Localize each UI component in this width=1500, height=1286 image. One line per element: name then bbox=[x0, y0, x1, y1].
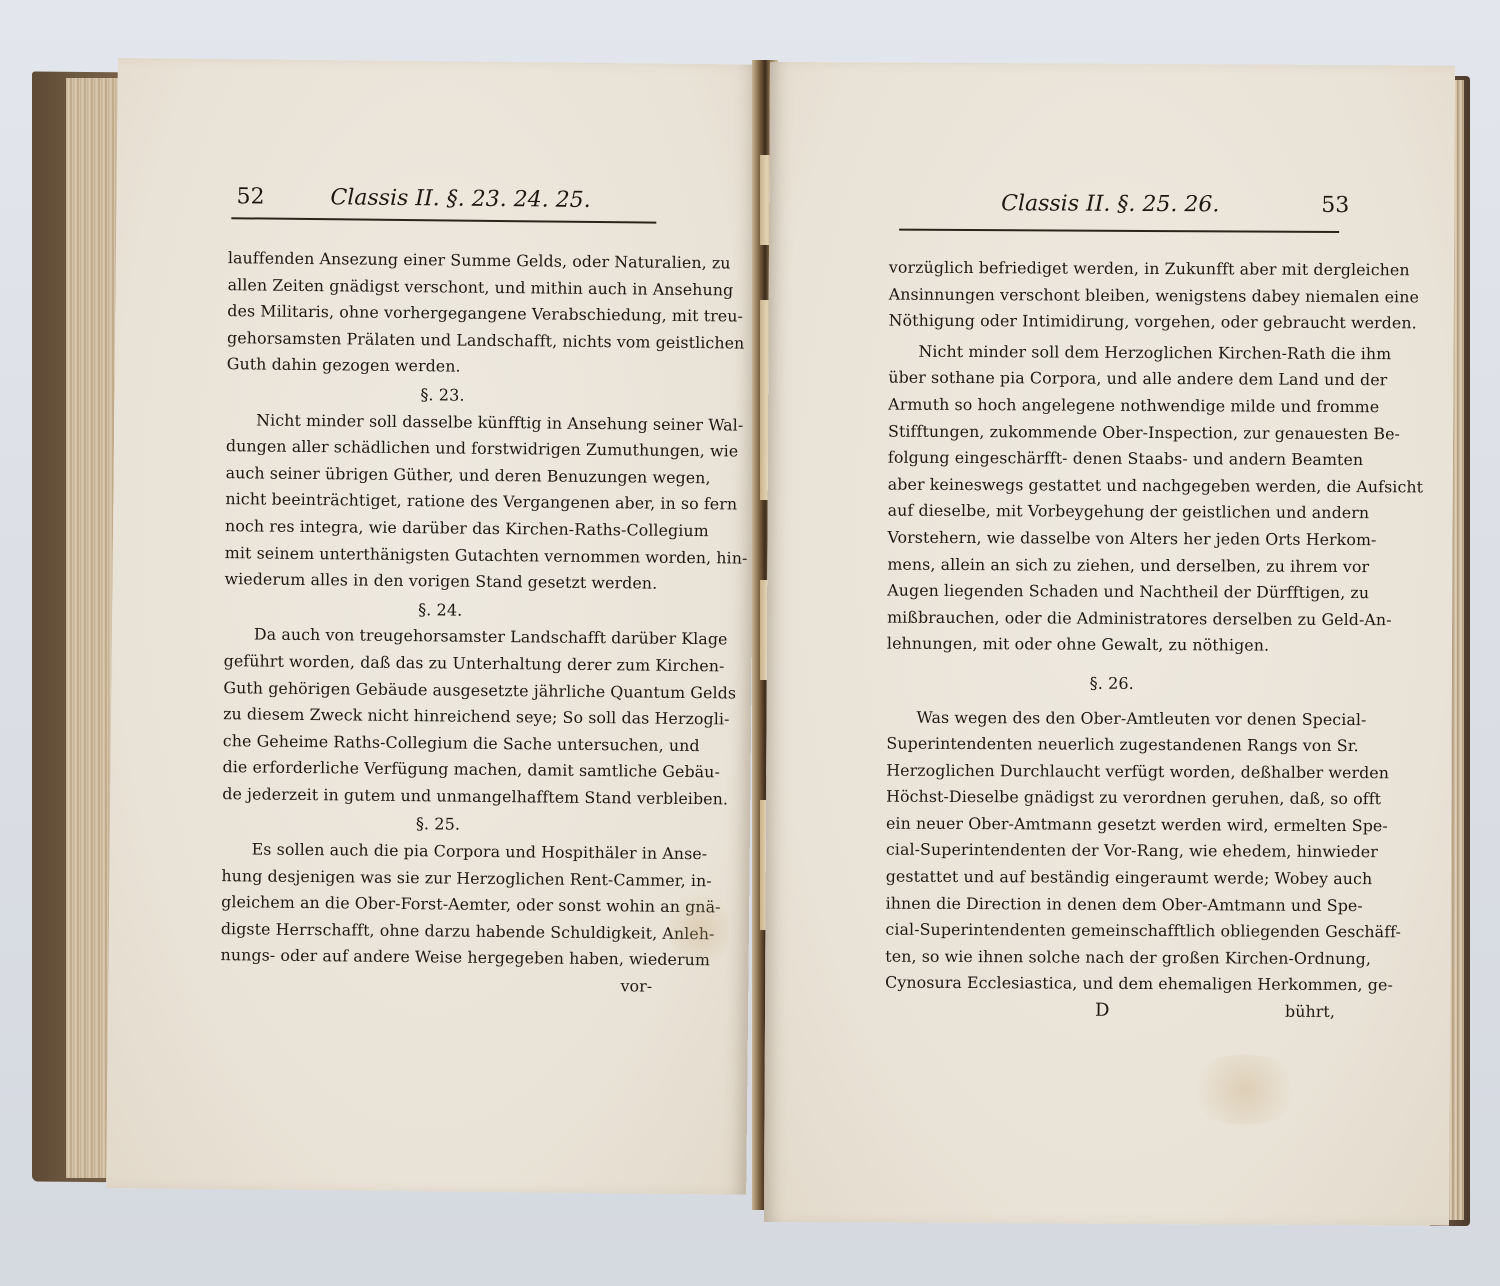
page-number: 52 bbox=[236, 184, 264, 209]
left-page: 52 Classis II. §. 23. 24. 25. lauffenden… bbox=[106, 58, 758, 1195]
text-line: folgung eingeschärfft- denen Staabs- und… bbox=[888, 445, 1338, 474]
running-head: Classis II. §. 23. 24. 25. bbox=[264, 185, 656, 214]
section-24-paragraph: Da auch von treugehorsamster Landschafft… bbox=[222, 621, 656, 812]
running-head: Classis II. §. 25. 26. bbox=[899, 191, 1321, 218]
text-line: vorzüglich befriediget werden, in Zukunf… bbox=[889, 255, 1339, 284]
text-line: Nöthigung oder Intimidirung, vorgehen, o… bbox=[889, 308, 1339, 337]
signature-mark: D bbox=[885, 997, 1110, 1025]
text-line: de jederzeit in gutem und unmangelhaffte… bbox=[222, 781, 654, 812]
catchword: vor- bbox=[620, 973, 652, 1000]
text-line: wiederum alles in den vorigen Stand gese… bbox=[224, 566, 656, 597]
text-line: über sothane pia Corpora, und alle ander… bbox=[888, 365, 1338, 394]
text-line: Vorstehern, wie dasselbe von Alters her … bbox=[887, 525, 1337, 554]
right-page: Classis II. §. 25. 26. 53 vorzüglich bef… bbox=[764, 62, 1455, 1226]
text-line: cial-Superintendenten gemeinschafftlich … bbox=[885, 917, 1335, 946]
text-line: des Militaris, ohne vorhergegangene Vera… bbox=[227, 298, 659, 329]
text-line: Armuth so hoch angelegene nothwendige mi… bbox=[888, 392, 1338, 421]
text-line: auf dieselbe, mit Vorbeygehung der geist… bbox=[888, 498, 1338, 527]
text-line: nungs- oder auf andere Weise hergegeben … bbox=[220, 943, 652, 974]
text-line: Ansinnungen verschont bleiben, wenigsten… bbox=[889, 281, 1339, 310]
paper-stain bbox=[1184, 1054, 1304, 1125]
text-line: ten, so wie ihnen solche nach der großen… bbox=[885, 943, 1335, 972]
paper-stain bbox=[668, 884, 729, 975]
text-line: Höchst-Dieselbe gnädigst zu verordnen ge… bbox=[886, 784, 1336, 813]
text-line: Was wegen des den Ober-Amtleuten vor den… bbox=[887, 704, 1337, 733]
text-line: gestattet und auf beständig eingeraumt w… bbox=[886, 864, 1336, 893]
right-running-header: Classis II. §. 25. 26. 53 bbox=[899, 191, 1349, 218]
left-running-header: 52 Classis II. §. 23. 24. 25. bbox=[236, 184, 656, 213]
header-rule bbox=[899, 229, 1339, 233]
right-page-body: vorzüglich befriediget werden, in Zukunf… bbox=[885, 255, 1339, 1026]
text-line: geführt worden, daß das zu Unterhaltung … bbox=[224, 648, 656, 679]
text-line: lehnungen, mit oder ohne Gewalt, zu nöth… bbox=[887, 631, 1337, 660]
text-line: Cynosura Ecclesiastica, und dem ehemalig… bbox=[885, 970, 1335, 999]
text-line: Es sollen auch die pia Corpora und Hospi… bbox=[222, 836, 654, 867]
section-25-paragraph: Es sollen auch die pia Corpora und Hospi… bbox=[220, 836, 653, 973]
text-line: mens, allein an sich zu ziehen, und ders… bbox=[887, 551, 1337, 580]
text-line: ihnen die Direction in denen dem Ober-Am… bbox=[886, 890, 1336, 919]
text-line: cial-Superintendenten der Vor-Rang, wie … bbox=[886, 837, 1336, 866]
section-26-paragraph: Was wegen des den Ober-Amtleuten vor den… bbox=[885, 704, 1337, 999]
catchword-row: vor- bbox=[220, 969, 652, 1000]
text-line: dungen aller schädlichen und forstwidrig… bbox=[226, 433, 658, 464]
text-line: Herzoglichen Durchlaucht verfügt worden,… bbox=[886, 757, 1336, 786]
text-line: Guth dahin gezogen werden. bbox=[227, 352, 659, 383]
text-line: noch res integra, wie darüber das Kirche… bbox=[225, 513, 657, 544]
intro-paragraph: lauffenden Ansezung einer Summe Gelds, o… bbox=[227, 245, 660, 382]
page-number: 53 bbox=[1321, 193, 1349, 218]
text-line: aber keineswegs gestattet und nachgegebe… bbox=[888, 471, 1338, 500]
section-heading: §. 26. bbox=[887, 670, 1337, 699]
text-line: Augen liegenden Schaden und Nachtheil de… bbox=[887, 578, 1337, 607]
left-page-body: lauffenden Ansezung einer Summe Gelds, o… bbox=[220, 245, 660, 1000]
paragraph-2: Nicht minder soll dem Herzoglichen Kirch… bbox=[887, 338, 1339, 659]
text-line: ein neuer Ober-Amtmann gesetzt werden wi… bbox=[886, 810, 1336, 839]
catchword-row: D bührt, bbox=[885, 997, 1335, 1026]
text-line: zu diesem Zweck nicht hinreichend seye; … bbox=[223, 701, 655, 732]
text-line: mißbrauchen, oder die Administratores de… bbox=[887, 604, 1337, 633]
text-line: Stifftungen, zukommende Ober-Inspection,… bbox=[888, 418, 1338, 447]
text-line: Nicht minder soll dem Herzoglichen Kirch… bbox=[888, 338, 1338, 367]
section-23-paragraph: Nicht minder soll dasselbe künfftig in A… bbox=[224, 407, 658, 598]
text-line: Superintendenten neuerlich zugestandenen… bbox=[886, 731, 1336, 760]
intro-paragraph: vorzüglich befriediget werden, in Zukunf… bbox=[889, 255, 1339, 337]
header-rule bbox=[231, 217, 656, 223]
text-line: lauffenden Ansezung einer Summe Gelds, o… bbox=[228, 245, 660, 276]
catchword: bührt, bbox=[1285, 999, 1335, 1026]
